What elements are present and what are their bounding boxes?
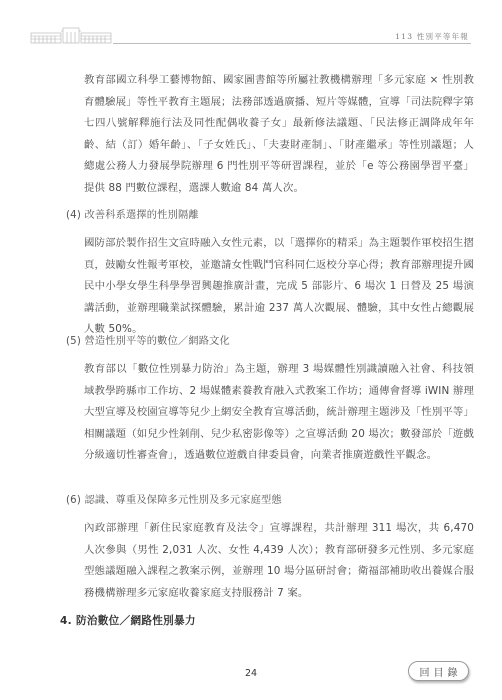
section-heading-4: 4. 防治數位／網路性別暴力 bbox=[60, 613, 196, 628]
header-divider bbox=[113, 43, 471, 44]
page-number: 24 bbox=[245, 668, 257, 679]
paragraph-4: 國防部於製作招生文宣時融入女性元素，以「選擇你的精采」為主題製作軍校招生摺頁，鼓… bbox=[84, 233, 474, 341]
building-logo-icon bbox=[30, 27, 112, 44]
subheading-4: (4) 改善科系選擇的性別隔離 bbox=[66, 206, 199, 221]
back-to-toc-button[interactable]: 回目錄 bbox=[408, 661, 469, 681]
page-header: 113 性別平等年報 bbox=[0, 0, 502, 50]
report-title: 113 性別平等年報 bbox=[395, 31, 469, 42]
paragraph-exhibitions: 教育部國立科學工藝博物館、國家圖書館等所屬社教機構辦理「多元家庭 × 性別教育體… bbox=[84, 70, 474, 199]
subheading-5: (5) 營造性別平等的數位／網路文化 bbox=[66, 332, 230, 347]
paragraph-6: 內政部辦理「新住民家庭教育及法令」宣導課程，共計辦理 311 場次，共 6,47… bbox=[84, 518, 474, 604]
subheading-6: (6) 認識、尊重及保障多元性別及多元家庭型態 bbox=[66, 491, 282, 506]
paragraph-5: 教育部以「數位性別暴力防治」為主題，辦理 3 場媒體性別識讀融入社會、科技領域教… bbox=[84, 359, 474, 467]
